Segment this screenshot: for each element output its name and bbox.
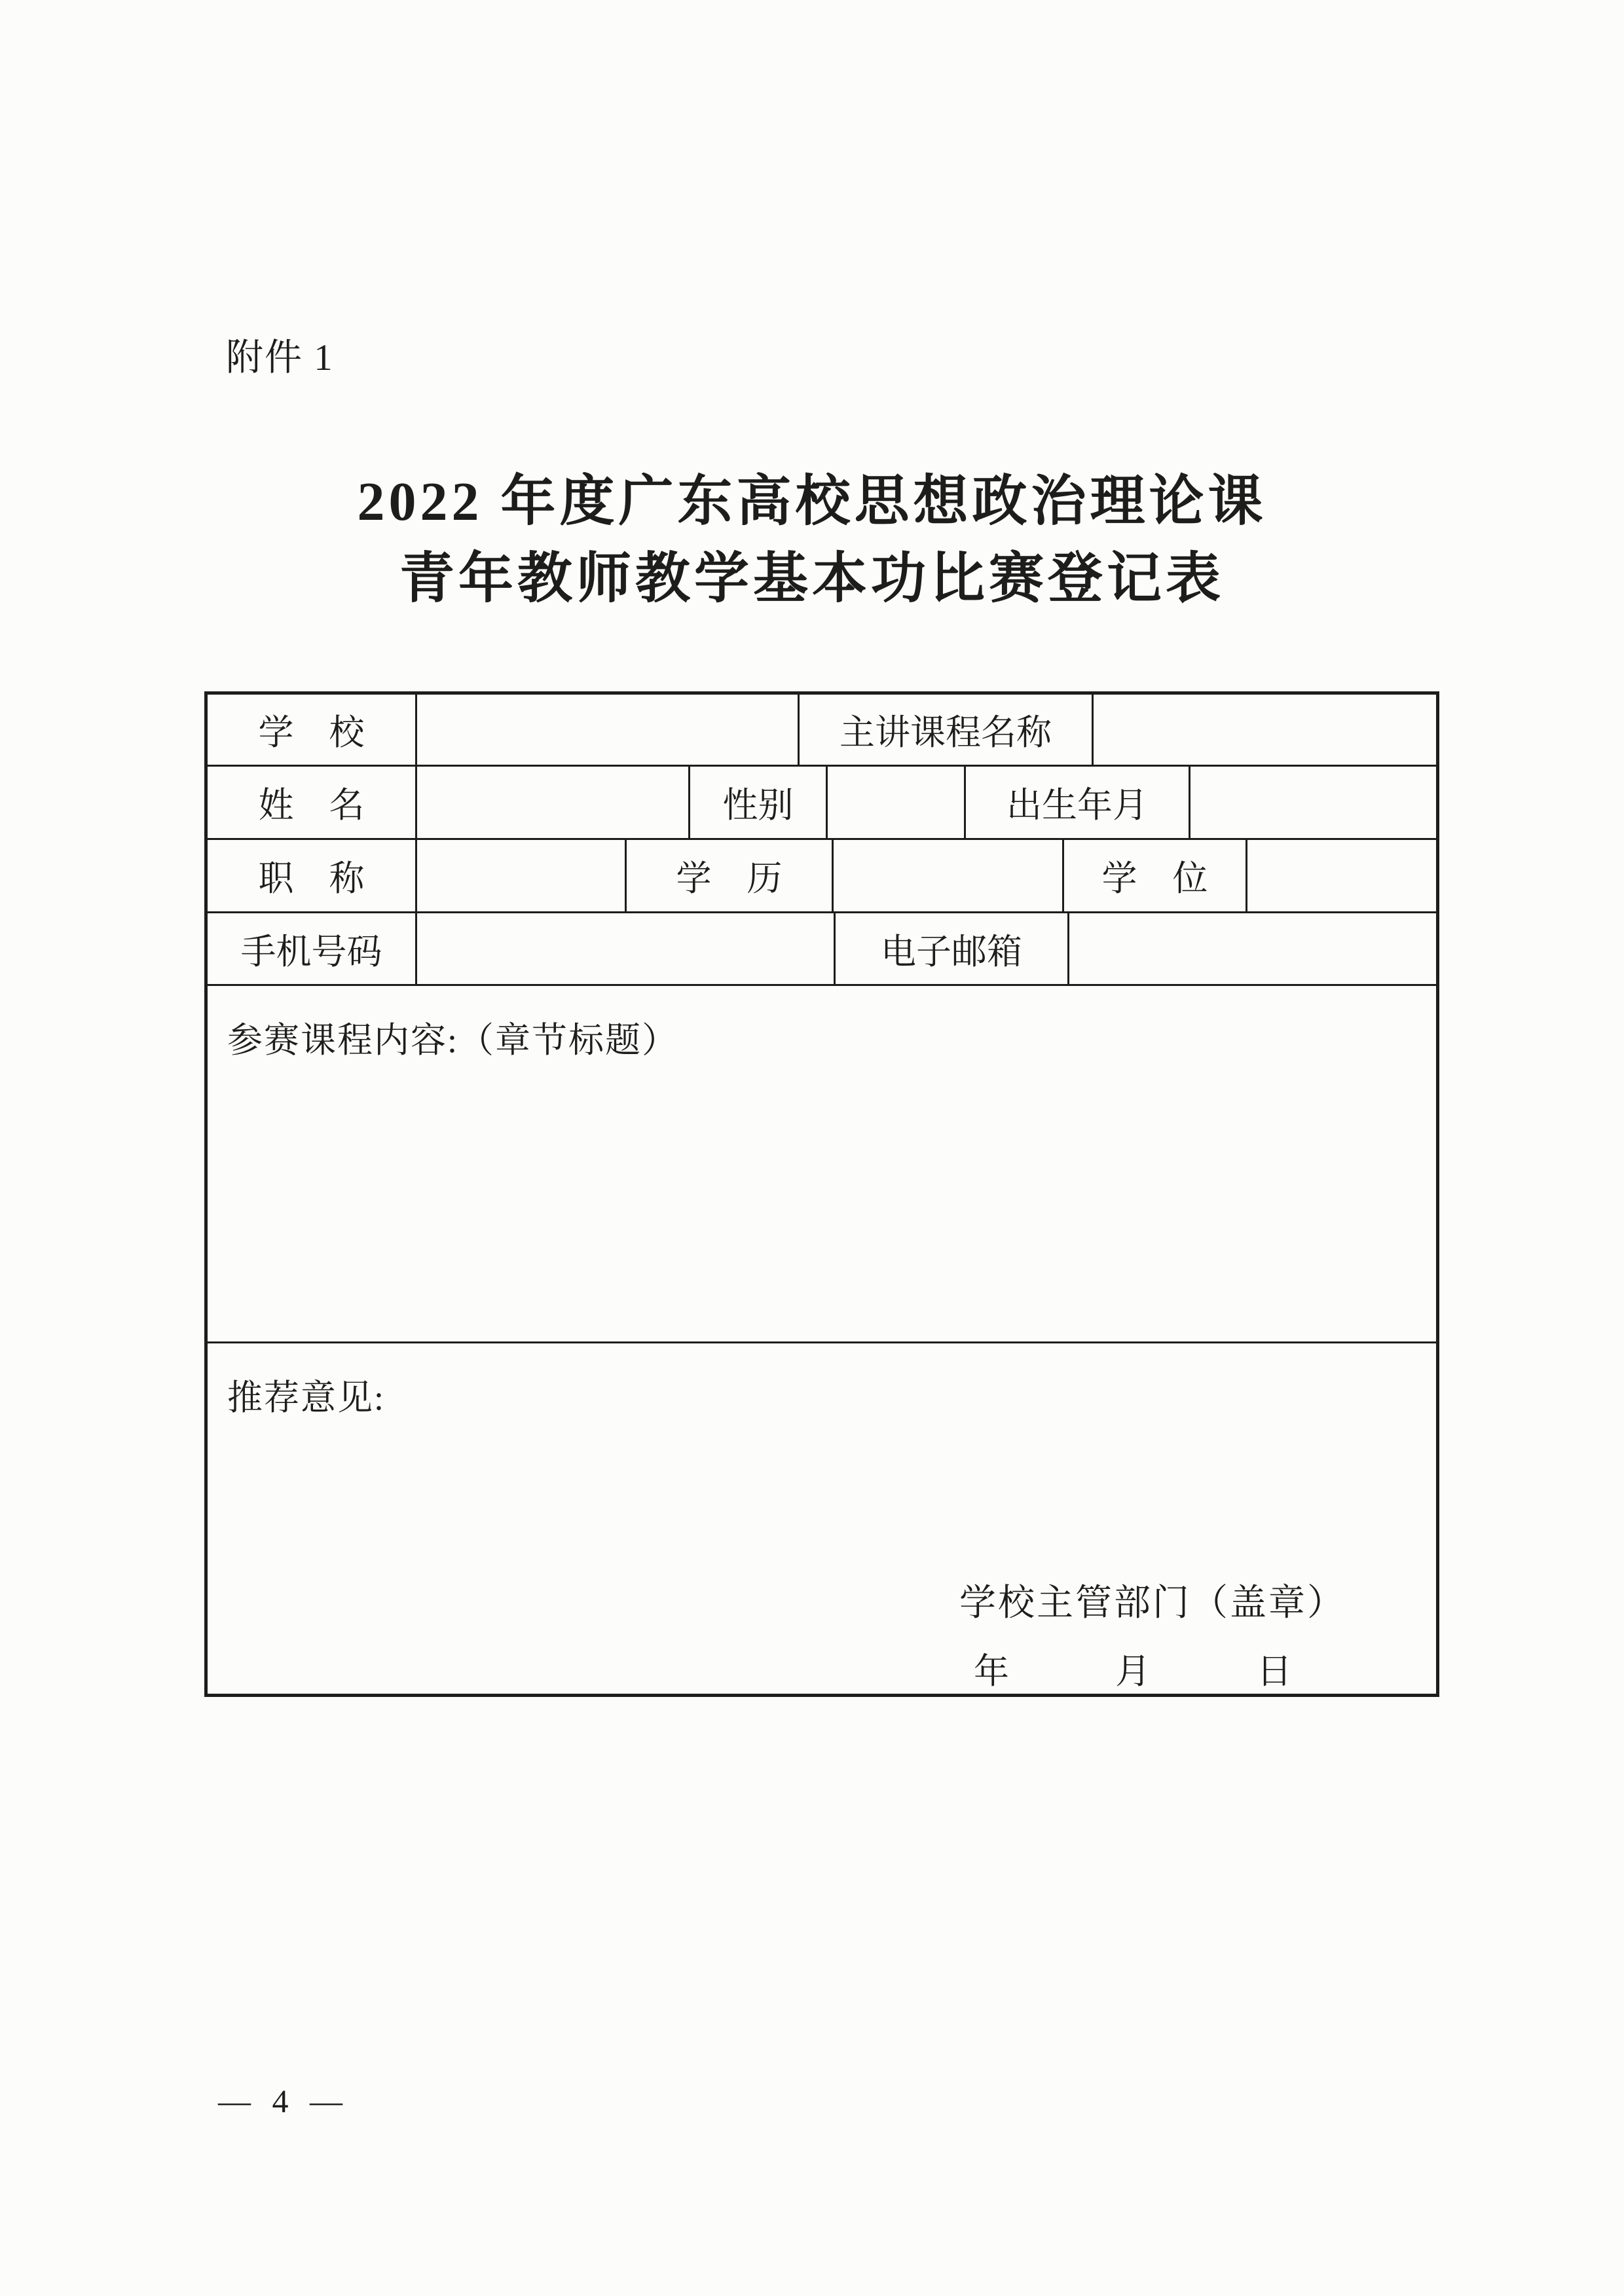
job-title-value-cell [417, 840, 627, 911]
document-title: 2022 年度广东高校思想政治理论课 青年教师教学基本功比赛登记表 [0, 464, 1624, 618]
school-label-cell: 学 校 [208, 695, 417, 765]
phone-value-cell [417, 913, 836, 984]
stamp-line: 学校主管部门（盖章） [959, 1574, 1346, 1626]
course-name-label-cell: 主讲课程名称 [800, 695, 1094, 765]
email-label-cell: 电子邮箱 [836, 913, 1069, 984]
gender-label-cell: 性别 [690, 767, 828, 838]
table-row-title: 职 称 学 历 学 位 [208, 840, 1436, 913]
recommendation-section: 推荐意见: 学校主管部门（盖章） 年 月 日 [208, 1343, 1436, 1694]
table-row-school: 学 校 主讲课程名称 [208, 695, 1436, 767]
birth-value-cell [1190, 767, 1436, 838]
school-value-cell [417, 695, 800, 765]
title-line-2: 青年教师教学基本功比赛登记表 [0, 541, 1624, 618]
education-value-cell [834, 840, 1064, 911]
course-content-label: 参赛课程内容:（章节标题） [208, 986, 1436, 1063]
table-row-name: 姓 名 性别 出生年月 [208, 767, 1436, 840]
title-line-1: 2022 年度广东高校思想政治理论课 [0, 464, 1624, 541]
registration-form-table: 学 校 主讲课程名称 姓 名 性别 出生年月 职 称 学 历 学 位 手机号码 [204, 691, 1439, 1697]
attachment-label: 附件 1 [226, 327, 334, 381]
table-row-contact: 手机号码 电子邮箱 [208, 913, 1436, 986]
date-line: 年 月 日 [974, 1643, 1292, 1694]
email-value-cell [1069, 913, 1436, 984]
degree-label-cell: 学 位 [1064, 840, 1247, 911]
gender-value-cell [828, 767, 966, 838]
course-name-value-cell [1094, 695, 1436, 765]
course-content-section: 参赛课程内容:（章节标题） [208, 986, 1436, 1343]
education-label-cell: 学 历 [627, 840, 834, 911]
birth-label-cell: 出生年月 [966, 767, 1190, 838]
document-page: 附件 1 2022 年度广东高校思想政治理论课 青年教师教学基本功比赛登记表 学… [0, 0, 1624, 2296]
degree-value-cell [1247, 840, 1436, 911]
phone-label-cell: 手机号码 [208, 913, 417, 984]
recommendation-label: 推荐意见: [208, 1343, 1436, 1420]
job-title-label-cell: 职 称 [208, 840, 417, 911]
name-value-cell [417, 767, 690, 838]
name-label-cell: 姓 名 [208, 767, 417, 838]
page-number: — 4 — [218, 2082, 349, 2120]
